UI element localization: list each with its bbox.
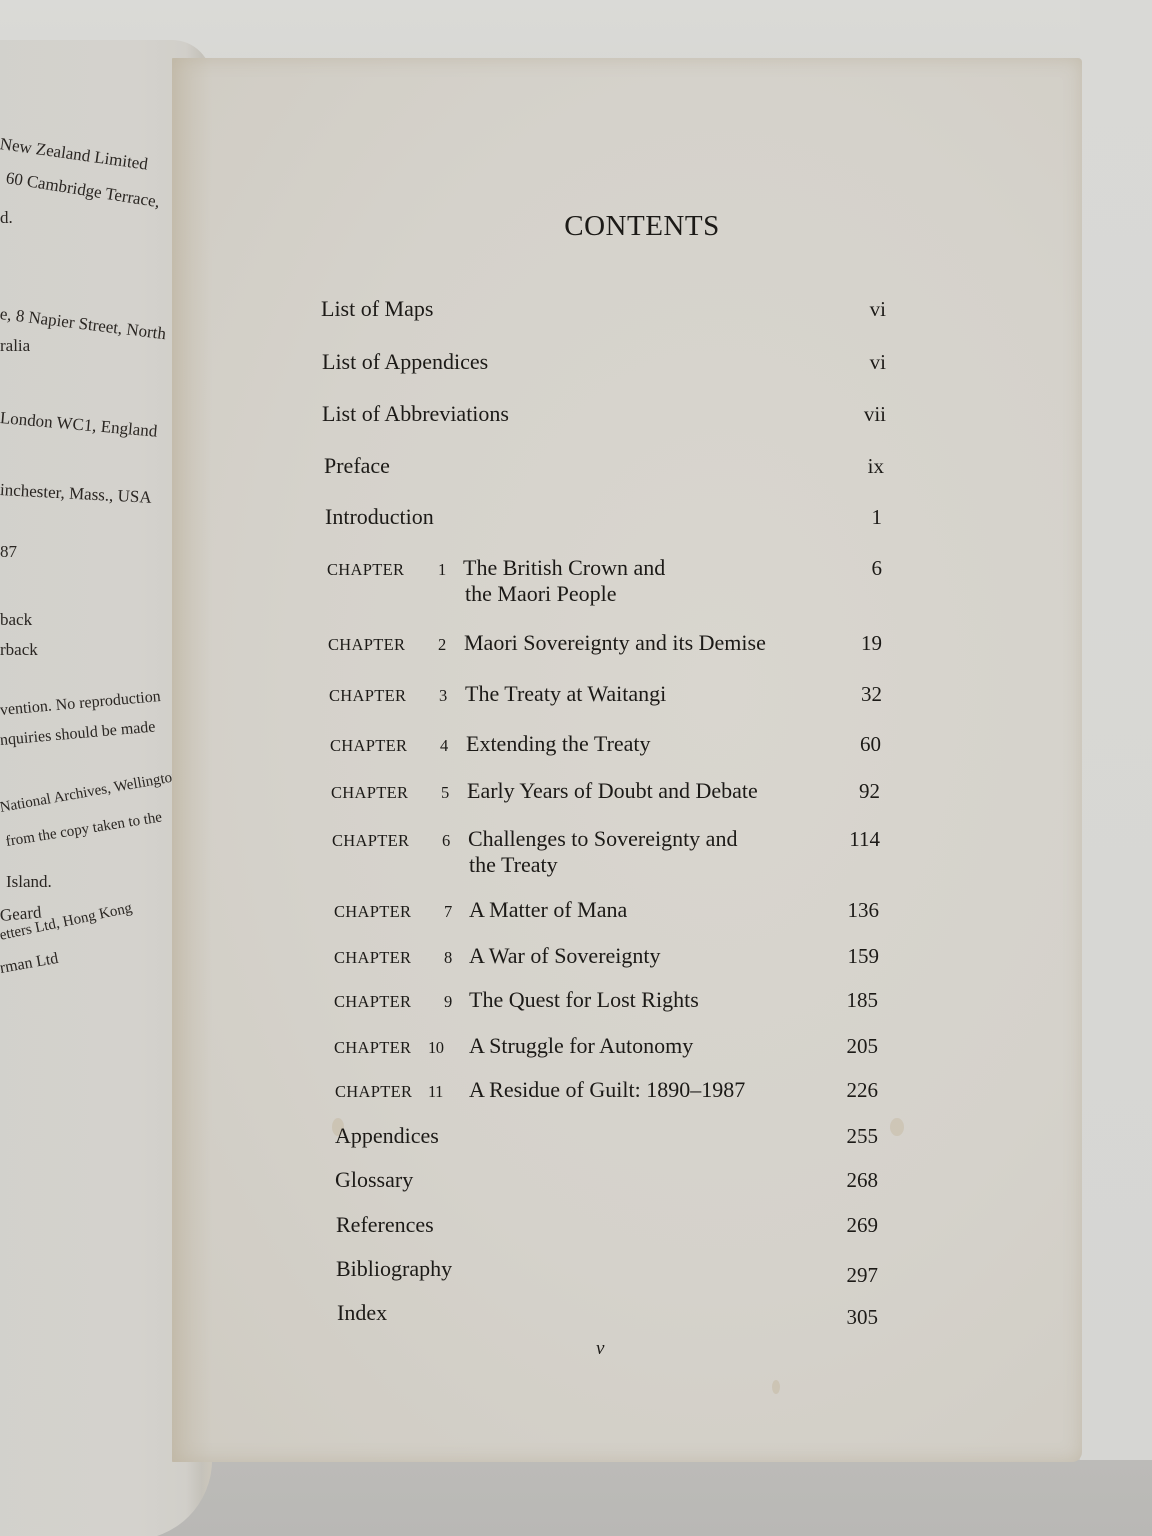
chapter-number: 5 bbox=[441, 780, 449, 806]
chapter-number: 8 bbox=[444, 945, 452, 971]
toc-page-number: 60 bbox=[801, 731, 881, 757]
chapter-title: A Matter of Mana bbox=[469, 897, 627, 923]
toc-page-number: 185 bbox=[798, 987, 878, 1013]
chapter-number: 3 bbox=[439, 683, 447, 709]
imprint-line: vention. No reproduction bbox=[0, 688, 161, 720]
toc-page-number: vi bbox=[806, 349, 886, 375]
chapter-title: Extending the Treaty bbox=[466, 731, 651, 757]
toc-page-number: vii bbox=[806, 401, 886, 427]
toc-page-number: 19 bbox=[802, 630, 882, 656]
chapter-label: CHAPTER bbox=[334, 1035, 411, 1061]
backdrop-surface-right bbox=[1080, 0, 1152, 1460]
imprint-line: d. bbox=[0, 208, 13, 228]
page-edge-shading bbox=[172, 58, 212, 1462]
chapter-number: 7 bbox=[444, 899, 452, 925]
chapter-label: CHAPTER bbox=[329, 683, 406, 709]
chapter-label: CHAPTER bbox=[330, 733, 407, 759]
imprint-line: nquiries should be made bbox=[0, 718, 156, 750]
toc-page-number: 305 bbox=[798, 1304, 878, 1330]
chapter-title: A War of Sovereignty bbox=[469, 943, 661, 969]
imprint-line: Island. bbox=[6, 872, 52, 892]
chapter-label: CHAPTER bbox=[334, 899, 411, 925]
chapter-title-continued: the Treaty bbox=[469, 852, 558, 878]
toc-entry-label: Introduction bbox=[325, 504, 434, 530]
chapter-label: CHAPTER bbox=[332, 828, 409, 854]
toc-page-number: 114 bbox=[800, 826, 880, 852]
imprint-line: New Zealand Limited bbox=[0, 134, 149, 175]
toc-entry-label: List of Abbreviations bbox=[322, 401, 509, 427]
toc-page-number: 159 bbox=[799, 943, 879, 969]
chapter-title: A Struggle for Autonomy bbox=[469, 1033, 693, 1059]
toc-entry-label: Bibliography bbox=[336, 1256, 452, 1282]
toc-entry-label: List of Appendices bbox=[322, 349, 488, 375]
imprint-line: 87 bbox=[0, 542, 17, 562]
toc-page-number: 136 bbox=[799, 897, 879, 923]
chapter-title: Challenges to Sovereignty and bbox=[468, 826, 737, 852]
chapter-number: 11 bbox=[428, 1079, 443, 1105]
page-folio-number: v bbox=[596, 1338, 604, 1360]
toc-page-number: 32 bbox=[802, 681, 882, 707]
chapter-title-continued: the Maori People bbox=[465, 581, 617, 607]
toc-page-number: 268 bbox=[798, 1167, 878, 1193]
imprint-line: rman Ltd bbox=[0, 950, 60, 978]
chapter-label: CHAPTER bbox=[328, 632, 405, 658]
page-title: CONTENTS bbox=[172, 210, 1082, 243]
toc-entry-label: Preface bbox=[324, 453, 390, 479]
chapter-number: 10 bbox=[428, 1035, 444, 1061]
toc-entry-label: Glossary bbox=[335, 1167, 413, 1193]
toc-page-number: 226 bbox=[798, 1077, 878, 1103]
chapter-number: 9 bbox=[444, 989, 452, 1015]
imprint-line: London WC1, England bbox=[0, 408, 158, 442]
toc-page-number: 6 bbox=[802, 555, 882, 581]
imprint-line: 60 Cambridge Terrace, bbox=[4, 168, 161, 212]
toc-entry-label: References bbox=[336, 1212, 434, 1238]
toc-page-number: 255 bbox=[798, 1123, 878, 1149]
chapter-label: CHAPTER bbox=[335, 1079, 412, 1105]
chapter-label: CHAPTER bbox=[334, 945, 411, 971]
chapter-number: 6 bbox=[442, 828, 450, 854]
paper-stain bbox=[772, 1380, 780, 1394]
chapter-number: 4 bbox=[440, 733, 448, 759]
chapter-title: A Residue of Guilt: 1890–1987 bbox=[469, 1077, 745, 1103]
imprint-line: inchester, Mass., USA bbox=[0, 480, 152, 508]
imprint-line: back bbox=[0, 610, 32, 630]
chapter-label: CHAPTER bbox=[327, 557, 404, 583]
imprint-line: ralia bbox=[0, 336, 30, 356]
chapter-title: Maori Sovereignty and its Demise bbox=[464, 630, 766, 656]
toc-page-number: 92 bbox=[800, 778, 880, 804]
chapter-title: The Treaty at Waitangi bbox=[465, 681, 666, 707]
toc-entry-label: Index bbox=[337, 1300, 387, 1326]
chapter-title: The Quest for Lost Rights bbox=[469, 987, 699, 1013]
chapter-title: The British Crown and bbox=[463, 555, 665, 581]
chapter-title: Early Years of Doubt and Debate bbox=[467, 778, 758, 804]
chapter-label: CHAPTER bbox=[334, 989, 411, 1015]
paper-stain bbox=[890, 1118, 904, 1136]
toc-entry-label: Appendices bbox=[335, 1123, 439, 1149]
toc-page-number: vi bbox=[806, 296, 886, 322]
toc-entry-label: List of Maps bbox=[321, 296, 433, 322]
toc-page-number: 205 bbox=[798, 1033, 878, 1059]
toc-page-number: ix bbox=[804, 453, 884, 479]
toc-page-number: 1 bbox=[802, 504, 882, 530]
chapter-label: CHAPTER bbox=[331, 780, 408, 806]
imprint-line: from the copy taken to the bbox=[5, 809, 164, 850]
chapter-number: 1 bbox=[438, 557, 446, 583]
contents-page: CONTENTS List of Maps vi List of Appendi… bbox=[172, 58, 1082, 1462]
toc-page-number: 297 bbox=[798, 1262, 878, 1288]
imprint-line: rback bbox=[0, 640, 38, 660]
chapter-number: 2 bbox=[438, 632, 446, 658]
toc-page-number: 269 bbox=[798, 1212, 878, 1238]
